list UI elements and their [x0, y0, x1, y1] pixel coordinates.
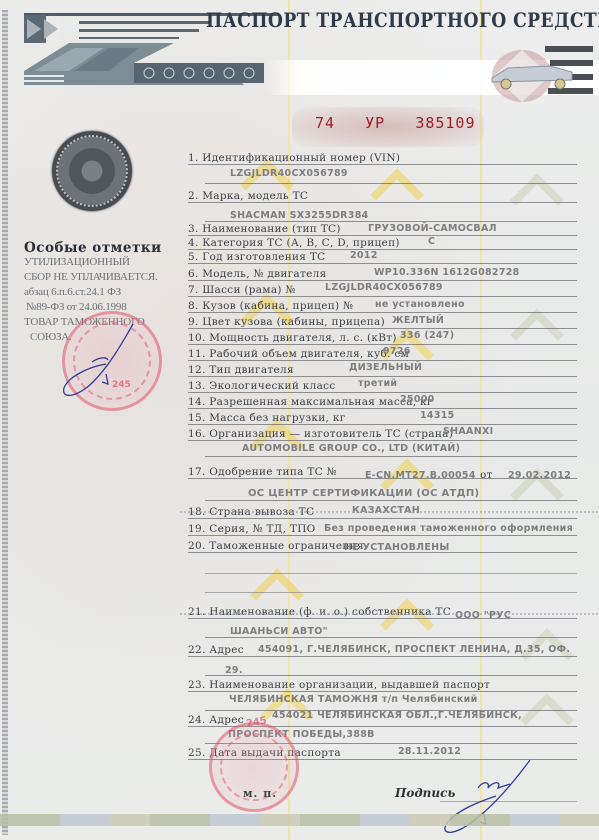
fill-line — [188, 202, 577, 203]
field-label: 21. Наименование (ф. и. о.) собственника… — [188, 606, 451, 618]
field-value: LZGJLDR40CX056789 — [230, 168, 348, 179]
field-value: AUTOMOBILE GROUP CO., LTD (КИТАЙ) — [242, 443, 460, 454]
vehicle-passport-page: ПАСПОРТ ТРАНСПОРТНОГО СРЕДСТВА 74 УР 385… — [0, 0, 599, 840]
seal-place-label: м. п. — [243, 787, 277, 800]
field-value: SHAANXI — [443, 426, 493, 437]
signature-mark — [418, 758, 538, 838]
field-value: 28.11.2012 — [398, 746, 461, 757]
field-value: 29. — [225, 665, 243, 676]
field-label: 20. Таможенные ограничения — [188, 540, 364, 552]
fill-line — [188, 656, 577, 657]
field-value: ЖЕЛТЫЙ — [392, 315, 444, 326]
field-label: 12. Тип двигателя — [188, 364, 294, 376]
field-label: 16. Организация — изготовитель ТС (стран… — [188, 428, 453, 440]
hologram-seal-icon — [52, 131, 132, 211]
field-value: ШААНЬСИ АВТО" — [230, 626, 328, 637]
field-value: ДИЗЕЛЬНЫЙ — [349, 362, 422, 373]
field-value: НЕ УСТАНОВЛЕНЫ — [344, 542, 450, 553]
form-row: 14. Разрешенная максимальная масса, кг — [188, 393, 577, 409]
field-label: 15. Масса без нагрузки, кг — [188, 412, 346, 424]
field-value: 454021 ЧЕЛЯБИНСКАЯ ОБЛ.,Г.ЧЕЛЯБИНСК, — [272, 710, 522, 721]
car-emblem-icon — [490, 42, 595, 102]
field-value: Без проведения таможенного оформления — [324, 523, 573, 534]
field-value: 454091, Г.ЧЕЛЯБИНСК, ПРОСПЕКТ ЛЕНИНА, Д.… — [258, 644, 570, 655]
form-row: 9. Цвет кузова (кабины, прицепа) — [188, 313, 577, 329]
field-value: ООО "РУС — [455, 610, 511, 621]
field-value: E-CN.MT27.B.00054 — [365, 470, 476, 481]
serial-region: 74 — [315, 114, 335, 132]
field-label: 5. Год изготовления ТС — [188, 251, 326, 263]
field-label: 6. Модель, № двигателя — [188, 268, 327, 280]
field-value: ОС ЦЕНТР СЕРТИФИКАЦИИ (ОС АТДП) — [248, 488, 479, 499]
field-label: 1. Идентификационный номер (VIN) — [188, 152, 400, 164]
fill-line — [188, 164, 577, 165]
field-value: 336 (247) — [400, 330, 454, 341]
field-extra-value: 29.02.2012 — [508, 470, 571, 481]
field-label: 2. Марка, модель ТС — [188, 190, 308, 202]
serial-number: 74 УР 385109 — [315, 114, 476, 132]
fill-line — [188, 535, 577, 536]
field-label: 8. Кузов (кабина, прицеп) № — [188, 300, 353, 312]
document-title: ПАСПОРТ ТРАНСПОРТНОГО СРЕДСТВА — [206, 8, 599, 32]
fill-line — [205, 183, 577, 184]
fill-line — [188, 263, 577, 264]
special-mark-line: абзац 6.п.6.ст.24.1 ФЗ — [24, 286, 121, 298]
field-value: С — [428, 236, 435, 247]
field-label: 17. Одобрение типа ТС № — [188, 466, 337, 478]
fill-line — [205, 573, 577, 574]
field-value: WP10.336N 1612G082728 — [374, 267, 520, 278]
field-value: не установлено — [375, 299, 465, 310]
form-row: 21. Наименование (ф. и. о.) собственника… — [188, 603, 577, 619]
serial-number-value: 385109 — [415, 114, 475, 132]
microtext-strip — [2, 10, 8, 835]
field-label: 24. Адрес — [188, 714, 244, 726]
form-row: 1. Идентификационный номер (VIN) — [188, 149, 577, 165]
form-row: 2. Марка, модель ТС — [188, 187, 577, 203]
field-value: LZGJLDR40CX056789 — [325, 282, 443, 293]
field-value: 9726 — [383, 346, 411, 357]
field-value: ГРУЗОВОЙ-САМОСВАЛ — [368, 223, 497, 234]
special-mark-line: СБОР НЕ УПЛАЧИВАЕТСЯ. — [24, 271, 158, 283]
fill-line — [205, 637, 577, 638]
form-row: 15. Масса без нагрузки, кг — [188, 409, 577, 425]
fill-line — [205, 592, 577, 593]
fill-line — [205, 456, 577, 457]
field-value: 2012 — [350, 250, 378, 261]
fill-line — [188, 691, 577, 692]
field-label: 23. Наименование организации, выдавшей п… — [188, 679, 490, 691]
field-label: 11. Рабочий объем двигателя, куб. см — [188, 348, 409, 360]
field-label: 14. Разрешенная максимальная масса, кг — [188, 396, 433, 408]
section-divider — [180, 613, 599, 615]
field-value: третий — [358, 378, 397, 389]
form-row — [205, 660, 577, 676]
form-row: 10. Мощность двигателя, л. с. (кВт) — [188, 329, 577, 345]
field-label: 13. Экологический класс — [188, 380, 336, 392]
field-value: 14315 — [420, 410, 455, 421]
special-mark-line: УТИЛИЗАЦИОННЫЙ — [24, 256, 130, 268]
special-marks-heading: Особые отметки — [24, 240, 162, 256]
field-label: 10. Мощность двигателя, л. с. (кВт) — [188, 332, 397, 344]
fill-line — [205, 500, 577, 501]
field-label: 9. Цвет кузова (кабины, прицепа) — [188, 316, 385, 328]
field-label: 7. Шасси (рама) № — [188, 284, 296, 296]
field-value: ЧЕЛЯБИНСКАЯ ТАМОЖНЯ т/п Челябинский — [229, 694, 478, 705]
fill-line — [188, 618, 577, 619]
serial-series: УР — [365, 114, 385, 132]
form-row: 23. Наименование организации, выдавшей п… — [188, 676, 577, 692]
field-extra-label: от — [480, 469, 493, 481]
form-row: 16. Организация — изготовитель ТС (стран… — [188, 425, 577, 441]
form-row: 5. Год изготовления ТС — [188, 248, 577, 264]
signature-mark-left — [58, 322, 138, 402]
security-strip — [0, 814, 599, 826]
field-value: 25000 — [400, 394, 435, 405]
section-divider — [180, 511, 599, 513]
field-label: 19. Серия, № ТД, ТПО — [188, 523, 316, 535]
fill-line — [188, 518, 577, 519]
field-label: 22. Адрес — [188, 644, 244, 656]
